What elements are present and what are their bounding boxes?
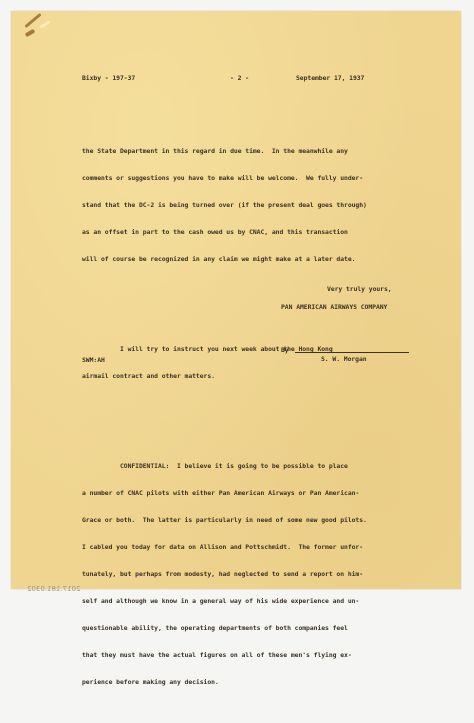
- text-line: I cabled you today for data on Allison a…: [82, 543, 367, 552]
- text-line: Grace or both. The latter is particularl…: [82, 516, 367, 525]
- paragraph-1: the State Department in this regard in d…: [82, 129, 367, 282]
- signature-line: [295, 352, 409, 353]
- closing-salutation: Very truly yours,: [327, 285, 392, 294]
- letter-date: September 17, 1937: [296, 74, 364, 83]
- text-line: will of course be recognized in any clai…: [82, 255, 367, 264]
- typist-initials: SWM:AH: [82, 356, 105, 365]
- reference-number: Bixby - 197-37: [82, 74, 135, 83]
- paragraph-3: CONFIDENTIAL: I believe it is going to b…: [82, 444, 367, 600]
- text-line: comments or suggestions you have to make…: [82, 174, 367, 183]
- text-line: a number of CNAC pilots with either Pan …: [82, 489, 367, 498]
- text-line: airmail contract and other matters.: [82, 372, 367, 381]
- stain-mark: [39, 20, 51, 29]
- by-label: By: [281, 346, 289, 355]
- page-number: - 2 -: [230, 74, 249, 83]
- signer-name: S. W. Morgan: [321, 355, 367, 364]
- pencil-catalog-note: 2017.181.0302: [27, 585, 80, 593]
- text-line: stand that the DC-2 is being turned over…: [82, 201, 367, 210]
- stain-mark: [25, 29, 36, 37]
- document-page: Bixby - 197-37 - 2 - September 17, 1937 …: [11, 11, 461, 589]
- text-line: CONFIDENTIAL: I believe it is going to b…: [82, 462, 367, 471]
- text-line: tunately, but perhaps from modesty, had …: [82, 570, 367, 579]
- text-line: as an offset in part to the cash owed us…: [82, 228, 367, 237]
- company-name: PAN AMERICAN AIRWAYS COMPANY: [281, 303, 387, 312]
- text-line: the State Department in this regard in d…: [82, 147, 367, 156]
